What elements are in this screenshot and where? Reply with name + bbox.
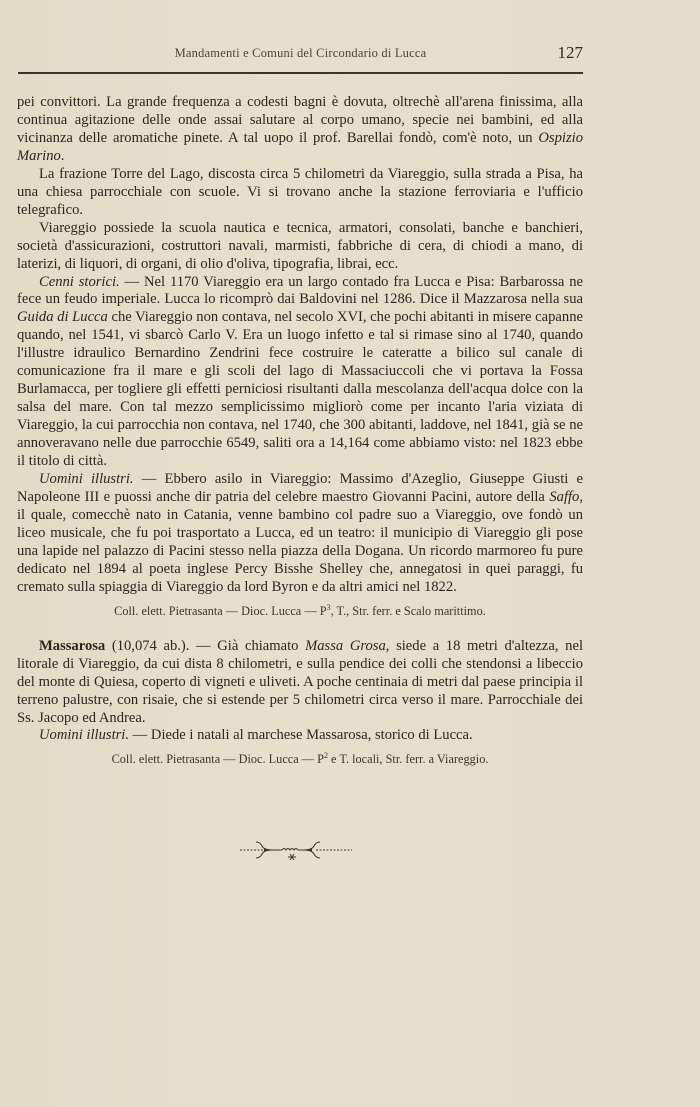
fleuron-divider-icon <box>238 836 358 866</box>
section-label: Cenni storici. <box>39 274 120 290</box>
paragraph-massarosa: Massarosa (10,074 ab.). — Già chiamato M… <box>17 638 583 728</box>
section-label: Uomini illustri. <box>39 471 134 487</box>
electoral-note-massarosa: Coll. elett. Pietrasanta — Dioc. Lucca —… <box>17 750 583 768</box>
paragraph-torre-del-lago: La frazione Torre del Lago, discosta cir… <box>17 166 583 220</box>
header-rule <box>18 72 583 74</box>
paragraph-cenni-storici: Cenni storici. — Nel 1170 Viareggio era … <box>17 274 583 471</box>
paragraph-uomini-illustri: Uomini illustri. — Ebbero asilo in Viare… <box>17 471 583 597</box>
body-text: pei convittori. La grande frequenza a co… <box>17 94 583 768</box>
book-title: Guida di Lucca <box>17 309 108 325</box>
section-label: Uomini illustri. <box>39 727 129 743</box>
page-number: 127 <box>558 43 584 63</box>
entry-heading-massarosa: Massarosa <box>39 638 105 654</box>
running-head: Mandamenti e Comuni del Circondario di L… <box>18 44 583 64</box>
spacer <box>17 620 583 638</box>
opera-title: Saffo <box>549 489 579 505</box>
paragraph-massarosa-uomini-illustri: Uomini illustri. — Diede i natali al mar… <box>17 727 583 745</box>
book-page: Mandamenti e Comuni del Circondario di L… <box>0 0 700 1107</box>
paragraph-industries: Viareggio possiede la scuola nautica e t… <box>17 220 583 274</box>
former-name: Massa Grosa <box>305 638 386 654</box>
electoral-note-viareggio: Coll. elett. Pietrasanta — Dioc. Lucca —… <box>17 602 583 620</box>
paragraph-bathing: pei convittori. La grande frequenza a co… <box>17 94 583 166</box>
running-title: Mandamenti e Comuni del Circondario di L… <box>18 46 583 61</box>
